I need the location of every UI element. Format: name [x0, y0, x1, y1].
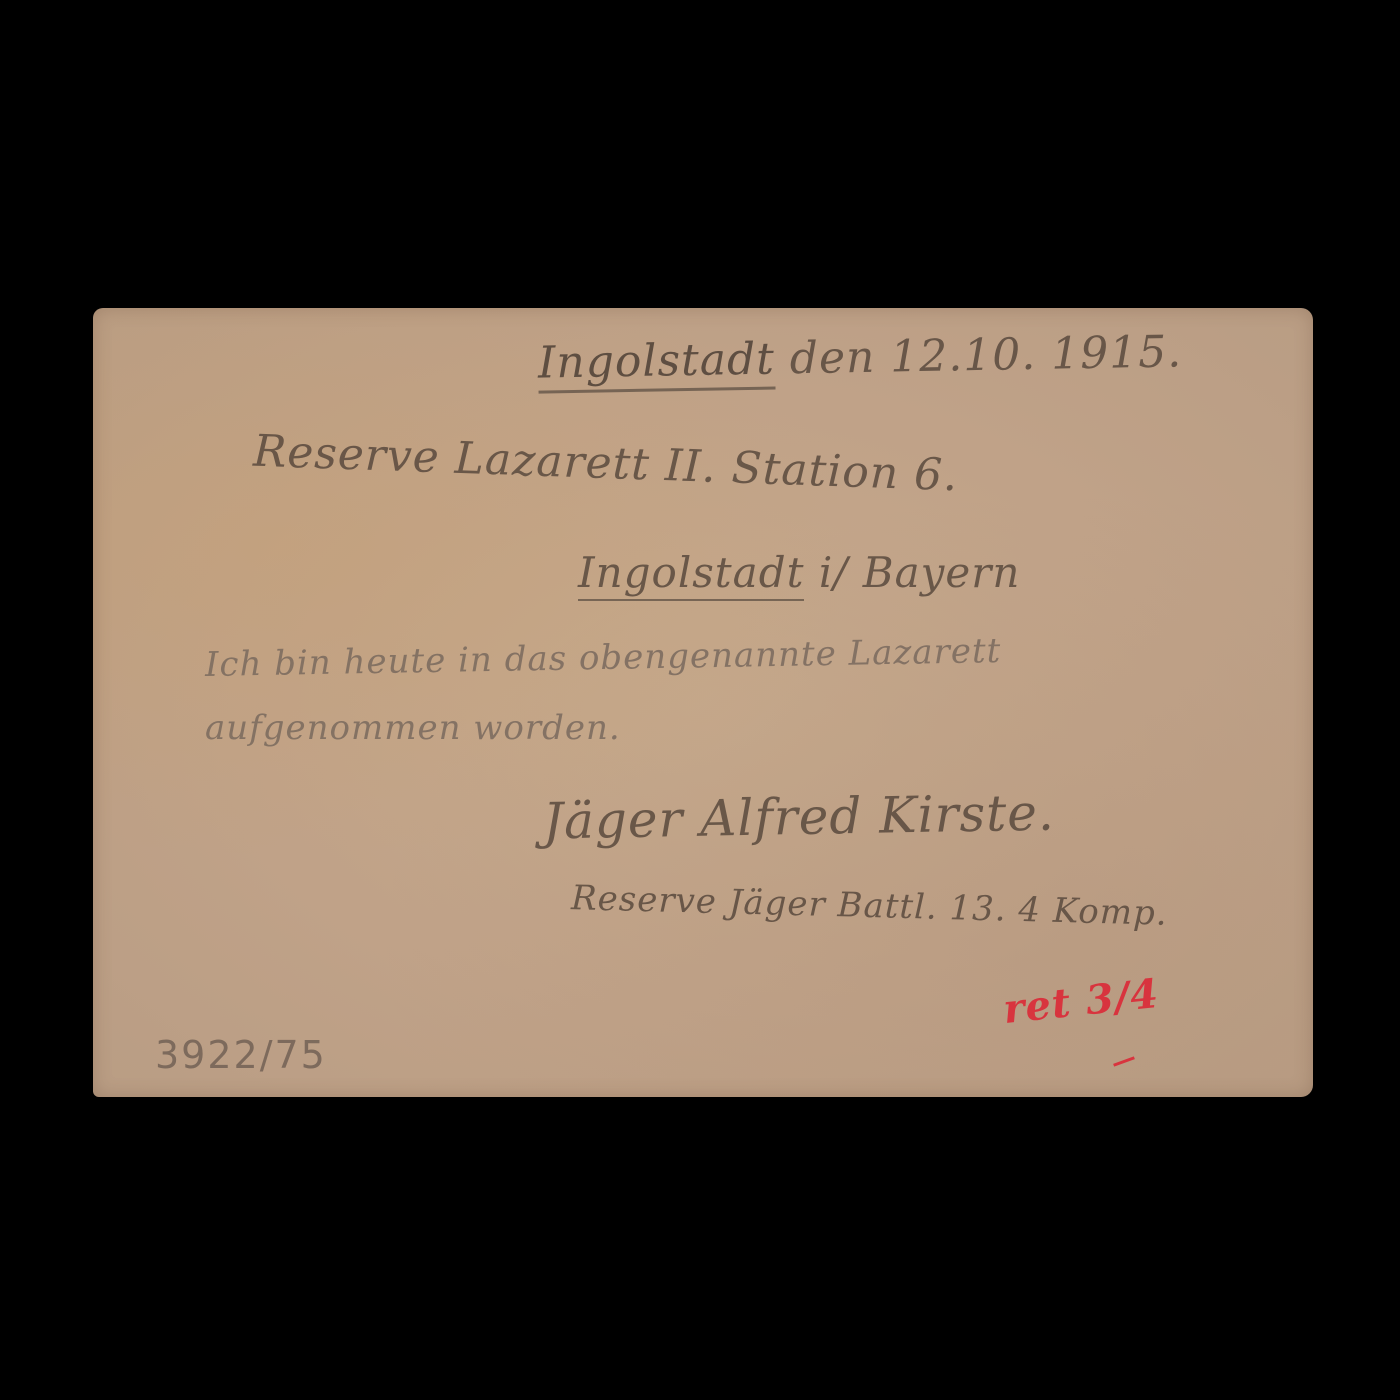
address-region: i/ Bayern: [804, 548, 1020, 597]
date-line: Ingolstadt den 12.10. 1915.: [538, 326, 1183, 388]
date-place: Ingolstadt: [538, 333, 776, 393]
address-line-2: Ingolstadt i/ Bayern: [578, 548, 1020, 597]
date-text: den 12.10. 1915.: [774, 326, 1182, 384]
message-line-2: aufgenommen worden.: [205, 708, 621, 748]
archive-number: 3922/75: [155, 1033, 327, 1077]
address-line-1: Reserve Lazarett II. Station 6.: [252, 426, 959, 502]
address-place: Ingolstadt: [578, 548, 804, 601]
signature-name: Jäger Alfred Kirste.: [543, 784, 1056, 851]
red-annotation: ret 3/4: [1001, 970, 1161, 1033]
signature-unit: Reserve Jäger Battl. 13. 4 Komp.: [571, 878, 1169, 934]
postcard: Ingolstadt den 12.10. 1915. Reserve Laza…: [93, 308, 1313, 1097]
red-dash-mark: [1113, 1056, 1135, 1066]
message-line-1: Ich bin heute in das obengenannte Lazare…: [205, 631, 1002, 685]
